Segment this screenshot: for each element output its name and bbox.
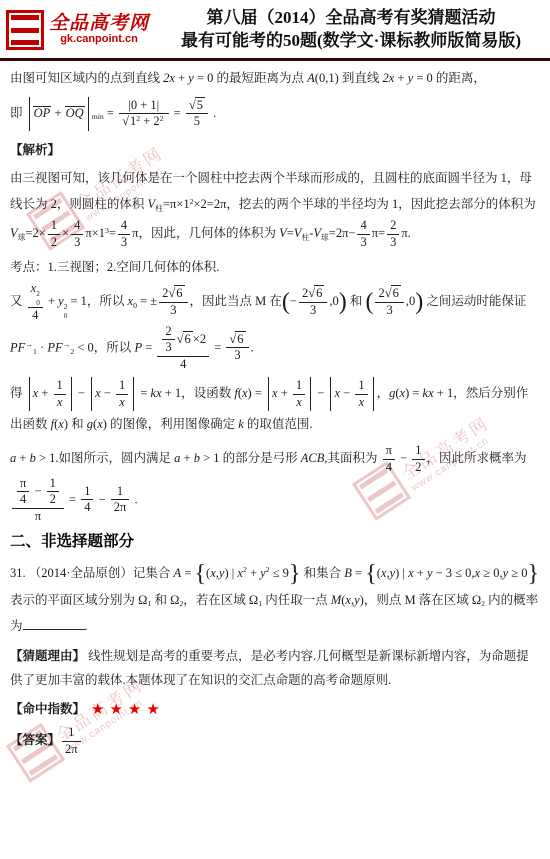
radicand: 12 + 22 (128, 113, 166, 128)
math-var: kx (151, 386, 162, 400)
math-run: − 3 ≤ 0, (433, 566, 475, 580)
math-run: π×1 (85, 226, 105, 240)
fraction-numerator: 1 (412, 443, 424, 459)
section-heading: 二、非选择题部分 (10, 530, 540, 553)
math-run: 1 (50, 476, 56, 490)
fraction-denominator: 3 (375, 302, 403, 319)
math-run: 2 (378, 286, 384, 300)
text-run: 得 (10, 386, 26, 400)
math-delimiter: ( (282, 289, 290, 315)
math-delimiter: ) (339, 289, 347, 315)
radicand: 6 (183, 331, 193, 346)
math-run: 1 (119, 378, 125, 392)
math-run: 1 (51, 218, 57, 232)
fraction-numerator: 1 (48, 218, 60, 234)
math-var: x (57, 395, 63, 409)
canpoint-logo: 全品高考网 gk.canpoint.cn (6, 10, 156, 50)
math-subscript: 1 (33, 347, 37, 356)
math-delimiter: { (195, 561, 207, 587)
math-var: V (279, 226, 287, 240)
abs-bar (71, 377, 72, 411)
para-probability-arc: a + b > 1.如图所示，圆内满足 a + b > 1 的部分是弓形 ACB… (10, 443, 540, 524)
math-run: |0 + 1| (128, 98, 159, 112)
math-fraction: π4 (383, 443, 395, 475)
math-run: = (142, 340, 155, 354)
text-run: .如图所示，圆内满足 (55, 451, 174, 465)
math-run: ≤ 9 (270, 566, 289, 580)
abs-bar (29, 377, 30, 411)
math-subscript: 0 (36, 299, 40, 307)
math-supsub: 20 (36, 290, 40, 307)
para-guess-reason: 【猜题理由】 线性规划是高考的重要考点，是必考内容.几何概型是新课标新增内容，为… (10, 645, 540, 693)
fraction-denominator: 3 (159, 302, 187, 319)
math-run: 5 (197, 98, 203, 112)
math-sqrt: √6 (177, 332, 193, 346)
fraction-denominator: x (54, 394, 66, 411)
math-run: . (210, 106, 216, 120)
fraction-numerator: π (17, 476, 29, 492)
math-fraction: 12 (47, 476, 59, 508)
math-subscript: 球 (321, 233, 329, 242)
math-var: 2x (383, 71, 395, 85)
math-run: 2 (415, 460, 421, 474)
fraction-numerator: √5 (186, 98, 208, 114)
logo-site-url: gk.canpoint.cn (60, 34, 138, 46)
para-analysis-label: 【解析】 (10, 139, 540, 163)
math-run: 3 (387, 303, 393, 317)
math-run: 4 (121, 218, 127, 232)
math-run: 3 (310, 303, 316, 317)
radicand: 6 (235, 331, 245, 346)
label-bold: 【解析】 (10, 143, 60, 157)
label-bold: 【答案】 (10, 733, 60, 747)
fraction-denominator: x (293, 394, 305, 411)
math-fraction: 1x (355, 378, 367, 410)
math-superscript: 2 (243, 565, 247, 574)
math-run: 3 (165, 340, 171, 354)
math-fraction: 2√63 (299, 286, 327, 318)
math-run: + (278, 386, 291, 400)
para-answer: 【答案】12π (10, 725, 540, 757)
math-var: B (344, 566, 352, 580)
math-run: π (386, 443, 392, 457)
page-header: 全品高考网 gk.canpoint.cn 第八届（2014）全品高考有奖猜题活动… (0, 0, 550, 61)
text-run: 考点：1.三视图；2.空间几何体的体积. (10, 260, 219, 274)
fraction-denominator: 2 (47, 491, 59, 508)
math-superscript: 2 (190, 197, 194, 206)
math-fraction: 1x (293, 378, 305, 410)
math-run: 2 (390, 218, 396, 232)
document-body: 由图可知区域内的点到直线 2x + y = 0 的最短距离为点 A(0,1) 到… (0, 61, 550, 758)
math-run: π (35, 509, 41, 523)
math-run: + 1 (434, 386, 454, 400)
para-ellipse: 又 x204 + y20 = 1，所以 x0 = ±2√63，因此当点 M 在(… (10, 281, 540, 372)
para-abs-function: 得 x + 1x − x − 1x = kx + 1，设函数 f(x) = x … (10, 377, 540, 438)
fraction-numerator: π4 − 12 (12, 476, 64, 508)
math-run: Ω (249, 593, 258, 607)
math-run: 2π (65, 742, 78, 756)
math-var: x (119, 395, 125, 409)
math-run: + 2 (140, 114, 160, 128)
math-overline: OP (33, 106, 52, 121)
fraction-numerator: 4 (357, 218, 369, 234)
math-sqrt: √12 + 22 (122, 114, 165, 128)
text-run: 之间运动时能保证 (423, 294, 526, 308)
fraction-denominator: √12 + 22 (119, 113, 168, 130)
text-run: ，因此，几何体的体积为 (138, 226, 279, 240)
math-run: > 1 (200, 451, 220, 465)
fraction-denominator: 3 (387, 234, 399, 251)
fraction-numerator: 1 (111, 484, 130, 500)
math-delimiter: } (528, 561, 540, 587)
math-run: + (38, 386, 51, 400)
math-var: M (331, 593, 341, 607)
math-run: 1 (296, 378, 302, 392)
math-fraction: √63 (226, 332, 248, 364)
text-run: 的部分是弓形 (220, 451, 301, 465)
math-run: 1 (415, 443, 421, 457)
text-run: 即 (10, 106, 26, 120)
radicand: 6 (391, 285, 401, 300)
math-fraction: 12π (111, 484, 130, 516)
math-run: = (171, 106, 184, 120)
math-fraction: π4 − 12π (12, 476, 64, 525)
fraction-numerator: 1 (293, 378, 305, 394)
fraction-numerator: √6 (226, 332, 248, 348)
math-run: ) = (248, 386, 265, 400)
fraction-denominator: 4 (28, 307, 43, 324)
math-run: 3 (170, 303, 176, 317)
fraction-denominator: 2π (62, 741, 81, 758)
logo-site-name: 全品高考网 (49, 14, 149, 34)
math-subscript: 1 (258, 599, 262, 608)
math-var: x (359, 395, 365, 409)
fraction-numerator: 2√6 (375, 286, 403, 302)
math-delimiter: { (365, 561, 377, 587)
text-run: 到直线 (339, 71, 383, 85)
math-run: 6 (185, 332, 191, 346)
math-subscript: 2 (179, 599, 183, 608)
math-run: =2× (25, 226, 45, 240)
text-run: ，若在区域 (183, 593, 249, 607)
math-subscript: 2 (481, 599, 485, 608)
math-run: 3 (74, 235, 80, 249)
fraction-numerator: 4 (118, 218, 130, 234)
math-superscript: 2 (36, 290, 40, 298)
math-run: 4 (386, 460, 392, 474)
fraction-denominator: 2 (412, 459, 424, 476)
math-delimiter: } (289, 561, 301, 587)
fraction-numerator: 1 (355, 378, 367, 394)
fraction-denominator: 2π (111, 499, 130, 516)
fraction-numerator: π (383, 443, 395, 459)
math-run: 6 (176, 286, 182, 300)
math-fraction: 12 (48, 218, 60, 250)
math-run: + (394, 71, 407, 85)
para-op-oq-formula: 即 OP + OQmin = |0 + 1|√12 + 22 = √55 . (10, 97, 540, 131)
math-run: ) = (405, 386, 422, 400)
math-subscript: 2 (70, 347, 74, 356)
fraction-numerator: 1 (54, 378, 66, 394)
math-run: 2 (165, 324, 171, 338)
math-fraction: 12π (62, 725, 81, 757)
math-run: 4 (32, 308, 38, 322)
math-run: 3 (390, 235, 396, 249)
math-overline: OQ (65, 106, 85, 121)
math-var: PF (47, 340, 62, 354)
radicand: 6 (174, 285, 184, 300)
math-subscript: 1 (147, 599, 151, 608)
fraction-denominator: 3 (71, 234, 83, 251)
math-run: . (131, 492, 137, 506)
para-question-31: 31. （2014·全品原创）记集合 A = {(x,y) | x2 + y2 … (10, 560, 540, 641)
text-run: 二、非选择题部分 (10, 533, 134, 550)
fraction-denominator: 3 (118, 234, 130, 251)
math-run: π= (372, 226, 385, 240)
text-run: 和 (151, 593, 170, 607)
text-run: ，挖去的两个半球的半径均为 1，因此挖去部分的体积为 (226, 197, 535, 211)
math-run: 5 (194, 114, 200, 128)
fraction-numerator: |0 + 1| (119, 98, 168, 114)
fraction-denominator: 5 (186, 113, 208, 130)
math-var: kx (423, 386, 434, 400)
math-run: < 0 (74, 340, 94, 354)
math-run: = 0 (194, 71, 214, 85)
math-run: − (290, 294, 297, 308)
text-run: 线性规划是高考的重要考点，是必考内容.几何概型是新课标新增内容，为命题提供了更加… (10, 649, 529, 687)
math-fraction: 1x (116, 378, 128, 410)
text-run: 和 (347, 294, 366, 308)
math-fraction: 43 (71, 218, 83, 250)
math-run: (0,1) (315, 71, 339, 85)
math-subscript: 0 (64, 312, 68, 320)
fraction-denominator: 4 (17, 491, 29, 508)
math-run: Ω (170, 593, 179, 607)
math-run: − (397, 451, 410, 465)
abs-bar (268, 377, 269, 411)
math-sqrt: √6 (229, 332, 245, 346)
math-run: = (287, 226, 294, 240)
radicand: 6 (314, 285, 324, 300)
math-run: − (101, 386, 114, 400)
math-run: − (31, 484, 44, 498)
math-run: π. (401, 226, 410, 240)
math-run: + (414, 566, 427, 580)
math-run: π (20, 476, 26, 490)
math-run: 6 (316, 286, 322, 300)
math-run: . (85, 619, 88, 633)
fraction-numerator: 2√6 (299, 286, 327, 302)
math-run: = 1 (67, 294, 87, 308)
math-run: 6 (393, 286, 399, 300)
fraction-denominator: 3 (162, 339, 174, 356)
math-fraction: 12 (412, 443, 424, 475)
fraction-denominator: x (116, 394, 128, 411)
math-run: + (16, 451, 29, 465)
fraction-denominator: 3 (299, 302, 327, 319)
fraction-numerator: 1 (62, 725, 81, 741)
fraction-denominator: 4 (383, 459, 395, 476)
math-var: A (307, 71, 315, 85)
fraction-denominator: 4 (157, 356, 209, 373)
math-fraction: 43 (118, 218, 130, 250)
math-run: 1 (57, 378, 63, 392)
fraction-numerator: 1 (81, 484, 93, 500)
math-var: ACB (301, 451, 325, 465)
math-superscript: → (25, 340, 33, 349)
document-title: 第八届（2014）全品高考有奖猜题活动 最有可能考的50题(数学文·课标教师版简… (160, 7, 542, 53)
text-run: 和集合 (300, 566, 344, 580)
text-run: ，所以 (94, 340, 135, 354)
para-exam-points: 考点：1.三视图；2.空间几何体的体积. (10, 256, 540, 280)
math-delimiter: ( (365, 289, 373, 315)
math-run: 1 (117, 484, 123, 498)
label-bold: 【猜题理由】 (10, 649, 85, 663)
fraction-numerator: 2 (162, 324, 174, 340)
math-var: PF (10, 340, 25, 354)
math-run: 2 (51, 235, 57, 249)
math-fraction: 23 (162, 324, 174, 356)
math-run: − (340, 386, 353, 400)
text-run: 的距离， (433, 71, 486, 85)
math-superscript: 2 (136, 114, 140, 123)
math-fraction: 23√6×24 (157, 324, 209, 373)
math-run: ) | (224, 566, 237, 580)
math-run: + (175, 71, 188, 85)
text-run: ，因此当点 M 在 (190, 294, 282, 308)
math-fraction: 2√63 (159, 286, 187, 318)
math-run: 4 (180, 357, 186, 371)
math-run: 4 (20, 492, 26, 506)
rating-stars: ★★★★ (91, 700, 165, 718)
math-run: 6 (237, 332, 243, 346)
math-run: . (251, 340, 254, 354)
math-fraction: x204 (28, 281, 43, 323)
fraction-denominator: 2 (48, 234, 60, 251)
abs-bar (373, 377, 374, 411)
fraction-numerator: 2 (387, 218, 399, 234)
math-run: 1 (68, 725, 74, 739)
math-run: + (247, 566, 260, 580)
math-sqrt: √6 (168, 286, 184, 300)
math-var: V (148, 197, 156, 211)
math-run: 4 (74, 218, 80, 232)
title-line-2: 最有可能考的50题(数学文·课标教师版简易版) (160, 30, 542, 53)
math-run: 3 (121, 235, 127, 249)
abs-bar (133, 377, 134, 411)
abs-bar (310, 377, 311, 411)
radicand: 5 (195, 97, 205, 112)
text-run: 表示的平面区域分别为 (10, 593, 138, 607)
label-bold: 【命中指数】 (10, 702, 85, 716)
fraction-numerator: x20 (28, 281, 43, 307)
fraction-denominator: 3 (226, 347, 248, 364)
math-var: V (10, 226, 18, 240)
math-run: 3 (234, 348, 240, 362)
math-sqrt: √6 (385, 286, 401, 300)
text-run: 的最短距离为点 (213, 71, 307, 85)
fraction-denominator: π (12, 508, 64, 525)
math-subscript: 球 (18, 233, 26, 242)
math-run: = (352, 566, 365, 580)
math-run: − (314, 386, 327, 400)
math-run: 1 (358, 378, 364, 392)
math-var: x (296, 395, 302, 409)
math-var: y (260, 566, 266, 580)
math-run: = ± (137, 294, 157, 308)
abs-bar (88, 97, 89, 131)
math-superscript: 2 (266, 565, 270, 574)
math-run: 4 (360, 218, 366, 232)
math-run: ≥ 0, (480, 566, 503, 580)
math-run: = 0 (413, 71, 433, 85)
math-subscript: min (92, 112, 104, 121)
math-var: V (313, 226, 321, 240)
text-run: 内任取一点 (262, 593, 331, 607)
text-run: 31. （2014·全品原创）记集合 (10, 566, 174, 580)
fraction-denominator: 4 (81, 499, 93, 516)
math-run: = (104, 106, 117, 120)
math-run: ≥ 0 (508, 566, 527, 580)
text-run: 的图像，利用图像确定 (107, 417, 238, 431)
math-run: ) | (395, 566, 408, 580)
math-var: 2x (163, 71, 175, 85)
text-run: 又 (10, 294, 26, 308)
math-run: = (181, 566, 194, 580)
math-run: × (62, 226, 69, 240)
math-run: = (109, 226, 116, 240)
text-run: 由图可知区域内的点到直线 (10, 71, 163, 85)
math-run: 2 (50, 492, 56, 506)
para-distance-line: 由图可知区域内的点到直线 2x + y = 0 的最短距离为点 A(0,1) 到… (10, 67, 540, 91)
math-run: + (45, 294, 58, 308)
text-run: ，所以 (87, 294, 128, 308)
math-sqrt: √5 (189, 98, 205, 112)
math-fraction: 14 (81, 484, 93, 516)
answer-blank (23, 617, 85, 631)
math-run: 2π (114, 500, 127, 514)
math-var: P (134, 340, 142, 354)
abs-bar (91, 377, 92, 411)
para-analysis-body: 由三视图可知，该几何体是在一个圆柱中挖去两个半球而形成的，且圆柱的底面圆半径为 … (10, 165, 540, 251)
text-run: ， (377, 386, 390, 400)
math-run: = (211, 340, 224, 354)
math-run: 4 (84, 500, 90, 514)
math-fraction: 43 (357, 218, 369, 250)
math-fraction: 1x (54, 378, 66, 410)
math-fraction: π4 (17, 476, 29, 508)
canpoint-seal-icon (6, 10, 44, 50)
math-superscript: 3 (105, 226, 109, 235)
text-run: ，因此所求概率为 (427, 451, 527, 465)
text-run: 和 (68, 417, 87, 431)
fraction-denominator: 3 (357, 234, 369, 251)
math-fraction: 23 (387, 218, 399, 250)
math-run: · (37, 340, 47, 354)
math-run: ,0 (329, 294, 338, 308)
math-run: + (51, 106, 64, 120)
text-run: 的取值范围. (244, 417, 313, 431)
math-run: 3 (360, 235, 366, 249)
math-run: > 1 (36, 451, 56, 465)
math-run: + 1 (162, 386, 182, 400)
abs-bar (330, 377, 331, 411)
math-run: =π×1 (163, 197, 190, 211)
title-line-1: 第八届（2014）全品高考有奖猜题活动 (160, 7, 542, 30)
fraction-numerator: 23√6×2 (157, 324, 209, 356)
abs-bar (29, 97, 30, 131)
fraction-numerator: 4 (71, 218, 83, 234)
